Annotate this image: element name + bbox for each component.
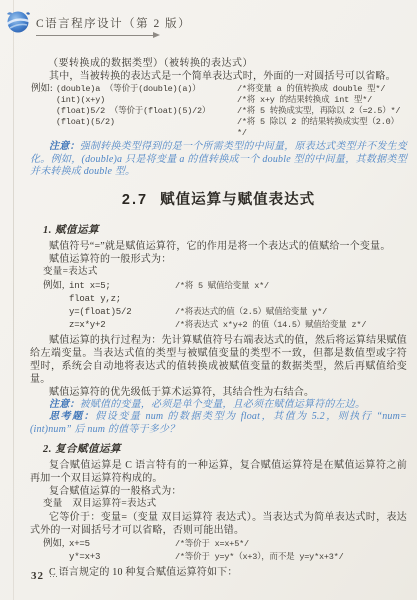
code-comment: /*将表达式 x*y+2 的值（14.5）赋值给变量 z*/ <box>175 319 366 332</box>
subsection-heading-2: 2. 复合赋值运算 <box>43 443 407 456</box>
paragraph: 赋值运算的执行过程为：先计算赋值符号右端表达式的值，然后将运算结果赋值给左端变量… <box>30 334 407 386</box>
cast-syntax-line: （要转换成的数据类型）（被转换的表达式） <box>48 57 407 70</box>
code-comment: /*将 5 赋值给变量 x*/ <box>175 280 269 293</box>
code-text: (int)(x+y) <box>56 95 237 106</box>
note-text: 强制转换类型得到的是一个所需类型的中间量，原表达式类型并不发生变化。例如，(do… <box>30 141 407 177</box>
paragraph: 复合赋值运算的一般格式为： <box>30 485 407 498</box>
code-comment: /*将 x+y 的结果转换成 int 型*/ <box>237 95 372 106</box>
compound-assignment-example-block: 例如, x+=5 /*等价于 x=x+5*/ y*=x+3 /*等价于 y=y*… <box>43 538 407 564</box>
syntax-line: 变量=表达式 <box>43 266 407 279</box>
page-header: C语言程序设计（第 2 版） <box>4 8 191 36</box>
code-example-row: 例如, x+=5 /*等价于 x=x+5*/ <box>43 538 407 551</box>
paragraph: 赋值运算符的优先级低于算术运算符，其结合性为右结合。 <box>30 386 407 399</box>
book-title: C语言程序设计（第 2 版） <box>36 18 191 30</box>
code-comment: /*将表达式的值（2.5）赋值给变量 y*/ <box>175 306 327 319</box>
note-label: 注意： <box>49 399 80 410</box>
code-text: (double)a （等价于(double)(a)） <box>56 84 237 95</box>
example-label: 例如, <box>43 280 69 293</box>
thinking-question-paragraph: 思考题：假设变量 num 的数据类型为 float，其值为 5.2，则执行 “n… <box>30 411 407 436</box>
footer-dots: ⋯ <box>49 571 58 581</box>
code-text: int x=5; <box>69 280 175 293</box>
note-text: 被赋值的变量，必须是单个变量，且必须在赋值运算符的左边。 <box>80 399 366 410</box>
note-label: 注意： <box>49 141 80 152</box>
subsection-heading-1: 1. 赋值运算 <box>43 224 407 237</box>
code-text: y*=x+3 <box>69 551 175 564</box>
assignment-example-block: 例如, int x=5; /*将 5 赋值给变量 x*/ float y,z; … <box>43 280 407 332</box>
code-example-row: (int)(x+y) /*将 x+y 的结果转换成 int 型*/ <box>31 95 407 106</box>
paragraph: 赋值符号“=”就是赋值运算符，它的作用是将一个表达式的值赋给一个变量。 <box>30 240 407 253</box>
code-text: y=(float)5/2 <box>69 306 175 319</box>
page-number: 32 <box>31 570 44 582</box>
section-title: 赋值运算与赋值表达式 <box>160 192 315 208</box>
code-text: float y,z; <box>69 293 175 306</box>
publisher-globe-logo-icon <box>4 8 34 36</box>
paragraph: 其中，当被转换的表达式是一个简单表达式时，外面的一对圆括号可以省略。 <box>30 70 407 83</box>
code-text: (float)5/2 （等价于(float)(5)/2） <box>56 106 237 117</box>
example-label: 例如: <box>31 84 56 95</box>
code-example-row: float y,z; <box>43 293 407 306</box>
code-text: x+=5 <box>69 538 175 551</box>
header-title-block: C语言程序设计（第 2 版） <box>36 14 191 36</box>
code-comment: /*等价于 x=x+5*/ <box>175 538 249 551</box>
paragraph: C 语言规定的 10 种复合赋值运算符如下： <box>30 566 407 579</box>
page-footer: 32⋯ <box>31 570 58 582</box>
textbook-page-scan: C语言程序设计（第 2 版） （要转换成的数据类型）（被转换的表达式） 其中，当… <box>0 0 417 600</box>
code-example-row: y*=x+3 /*等价于 y=y*（x+3），而不是 y=y*x+3*/ <box>43 551 407 564</box>
paragraph: 复合赋值运算是 C 语言特有的一种运算，复合赋值运算符是在赋值运算符之前再加一个… <box>30 459 407 485</box>
code-comment: /*将 5 转换成实型，再除以 2（=2.5）*/ <box>237 106 400 117</box>
paragraph: 它等价于：变量=（变量 双目运算符 表达式）。当表达式为简单表达式时，表达式外的… <box>30 511 407 537</box>
code-example-row: (float)5/2 （等价于(float)(5)/2） /*将 5 转换成实型… <box>31 106 407 117</box>
code-example-row: (float)(5/2) /*将 5 除以 2 的结果转换成实型（2.0）*/ <box>31 117 407 139</box>
syntax-line: 变量 双目运算符=表达式 <box>43 498 407 511</box>
paragraph: 赋值运算符的一般形式为： <box>30 253 407 266</box>
code-text: z=x*y+2 <box>69 319 175 332</box>
section-number: 2.7 <box>122 192 148 208</box>
note-label: 思考题： <box>49 411 95 422</box>
cast-example-block: 例如: (double)a （等价于(double)(a)） /*将变量 a 的… <box>31 84 407 139</box>
code-example-row: 例如, int x=5; /*将 5 赋值给变量 x*/ <box>43 280 407 293</box>
code-text: (float)(5/2) <box>56 117 237 128</box>
note-paragraph: 注意：强制转换类型得到的是一个所需类型的中间量，原表达式类型并不发生变化。例如，… <box>30 141 407 179</box>
header-underline <box>36 35 154 36</box>
page-fold-line <box>13 0 14 600</box>
note-paragraph: 注意：被赋值的变量，必须是单个变量，且必须在赋值运算符的左边。 <box>30 399 407 412</box>
page-body: （要转换成的数据类型）（被转换的表达式） 其中，当被转换的表达式是一个简单表达式… <box>30 57 407 579</box>
arrow-right-icon <box>153 32 160 38</box>
section-heading: 2.7赋值运算与赋值表达式 <box>30 194 407 207</box>
code-example-row: y=(float)5/2 /*将表达式的值（2.5）赋值给变量 y*/ <box>43 306 407 319</box>
code-example-row: z=x*y+2 /*将表达式 x*y+2 的值（14.5）赋值给变量 z*/ <box>43 319 407 332</box>
code-comment: /*将变量 a 的值转换成 double 型*/ <box>237 84 385 95</box>
example-label: 例如, <box>43 538 69 551</box>
code-comment: /*将 5 除以 2 的结果转换成实型（2.0）*/ <box>237 117 407 139</box>
code-comment: /*等价于 y=y*（x+3），而不是 y=y*x+3*/ <box>175 551 343 564</box>
code-example-row: 例如: (double)a （等价于(double)(a)） /*将变量 a 的… <box>31 84 407 95</box>
